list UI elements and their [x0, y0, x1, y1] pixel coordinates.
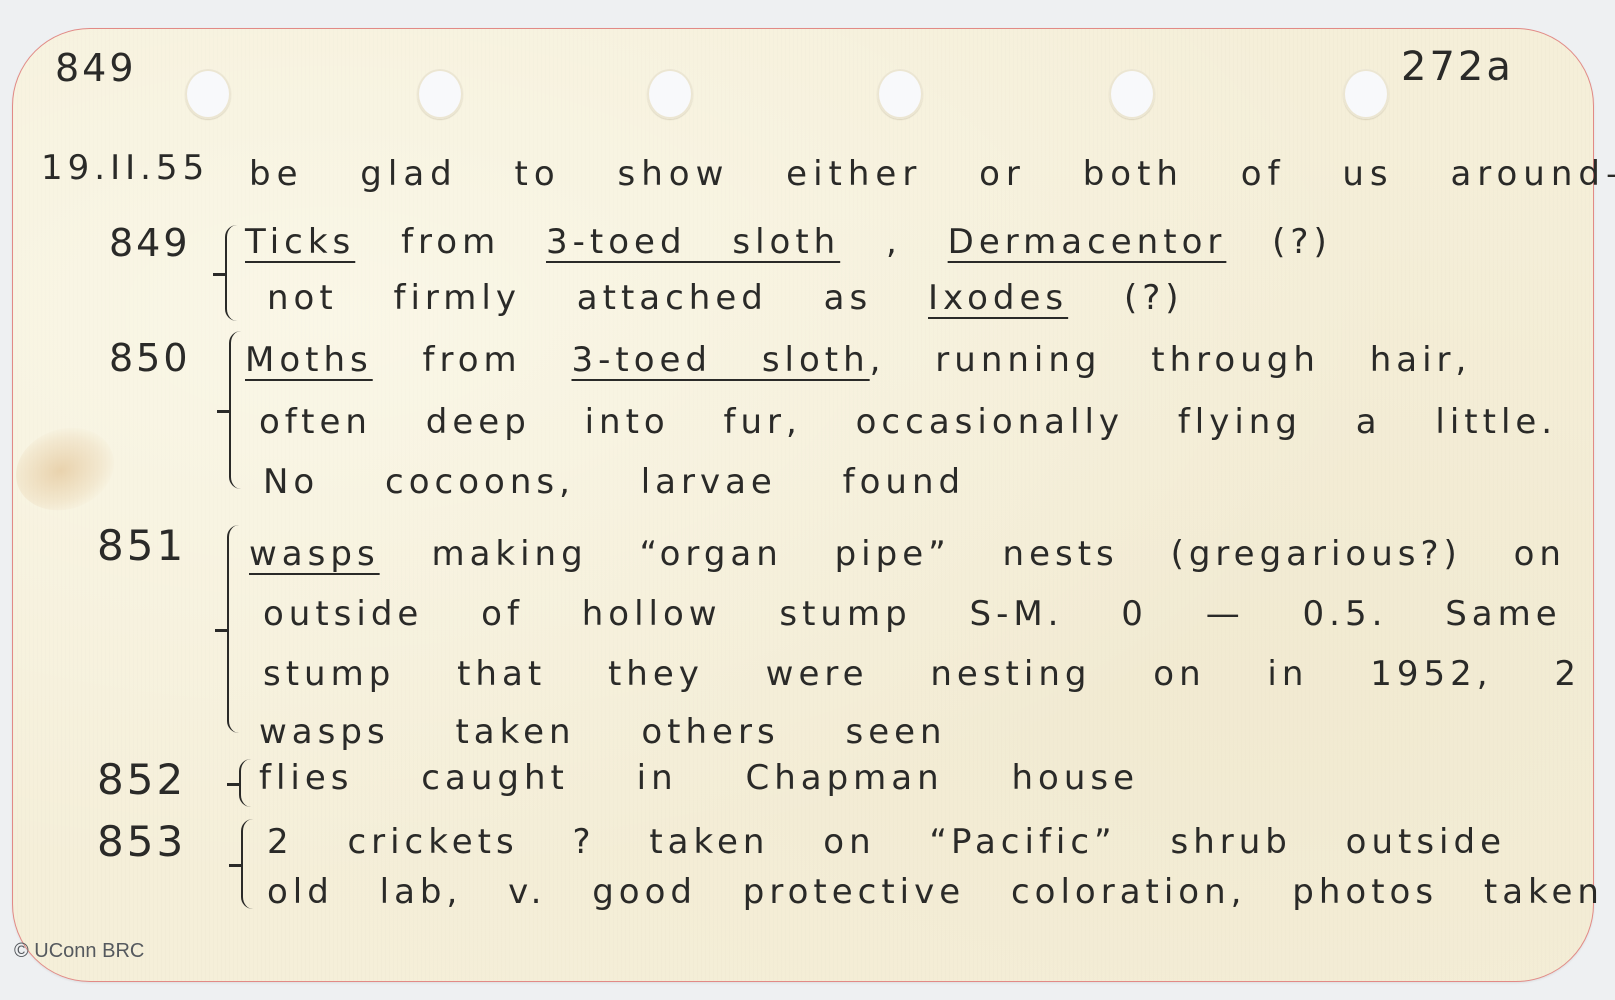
entry-number: 849 — [109, 224, 191, 262]
entry-number: 853 — [97, 821, 186, 863]
entry-line: wasps taken others seen — [259, 715, 947, 749]
binder-hole — [647, 69, 693, 119]
brace — [229, 331, 241, 489]
entry-line: old lab, v. good protective coloration, … — [267, 875, 1604, 909]
page-number-left: 849 — [55, 49, 137, 87]
entry-number: 852 — [97, 759, 186, 801]
entry-line: stump that they were nesting on in 1952,… — [263, 657, 1581, 691]
brace — [239, 759, 251, 807]
entry-line: not firmly attached as Ixodes (?) — [267, 281, 1184, 315]
entry-number: 850 — [109, 339, 191, 377]
entry-line: flies caught in Chapman house — [259, 761, 1139, 795]
brace — [241, 819, 253, 909]
copyright-watermark: © UConn BRC — [14, 940, 144, 963]
binder-hole — [1109, 69, 1155, 119]
brace — [225, 225, 237, 321]
entry-line: No cocoons, larvae found — [263, 465, 965, 499]
water-stain — [4, 414, 125, 523]
binder-hole — [1343, 69, 1389, 119]
binder-hole — [877, 69, 923, 119]
binder-hole — [185, 69, 231, 119]
binder-hole — [417, 69, 463, 119]
entry-line: Ticks from 3-toed sloth , Dermacentor (?… — [245, 225, 1332, 259]
entry-line: outside of hollow stump S-M. 0 — 0.5. Sa… — [263, 597, 1562, 631]
entry-line: 2 crickets ? taken on “Pacific” shrub ou… — [267, 825, 1506, 859]
page-number-right: 272a — [1401, 47, 1514, 87]
brace — [227, 525, 239, 733]
notebook-card: 849 272a 19.II.55 be glad to show either… — [12, 28, 1594, 982]
entry-line: often deep into fur, occasionally flying… — [259, 405, 1557, 439]
entry-date: 19.II.55 — [41, 151, 209, 185]
entry-number: 851 — [97, 525, 186, 567]
header-text: be glad to show either or both of us aro… — [249, 157, 1615, 191]
entry-line: Moths from 3-toed sloth, running through… — [245, 343, 1471, 377]
entry-line: wasps making “organ pipe” nests (gregari… — [249, 537, 1566, 571]
